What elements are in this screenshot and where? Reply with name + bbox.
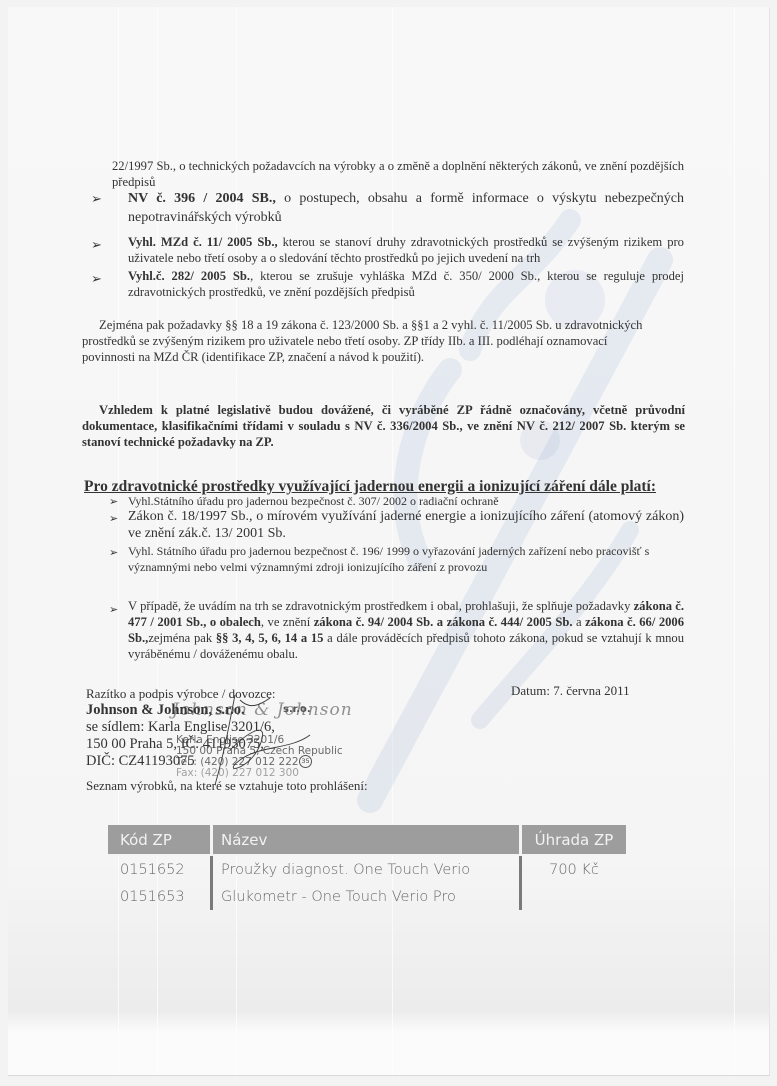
table-header-row: Kód ZP Název Úhrada ZP [108, 825, 626, 855]
product-code: 0151653 [108, 883, 212, 910]
declaration-date: Datum: 7. června 2011 [511, 683, 630, 699]
requirements-paragraph: Zejména pak požadavky §§ 18 a 19 zákona … [82, 317, 662, 365]
packaging-ref: §§ 3, 4, 5, 6, 14 a 15 [216, 631, 324, 645]
nuclear-item: Zákon č. 18/1997 Sb., o mírovém využíván… [128, 508, 684, 542]
column-header-name: Název [212, 825, 521, 855]
packaging-declaration: V případě, že uvádím na trh se zdravotni… [128, 598, 684, 662]
regulation-item: Vyhl. MZd č. 11/ 2005 Sb., kterou se sta… [128, 234, 684, 266]
column-header-reimbursement: Úhrada ZP [521, 825, 627, 855]
column-header-code: Kód ZP [108, 825, 212, 855]
product-reimbursement [521, 883, 627, 910]
product-reimbursement: 700 Kč [521, 855, 627, 883]
regulation-ref: Vyhl. MZd č. 11/ 2005 Sb., [128, 235, 278, 249]
bullet-icon: ➢ [91, 192, 102, 207]
packaging-text: zejména pak [148, 631, 216, 645]
table-row: 0151653 Glukometr - One Touch Verio Pro [108, 883, 626, 910]
document-body: 22/1997 Sb., o technických požadavcích n… [0, 0, 777, 1086]
bullet-icon: ➢ [109, 495, 118, 508]
packaging-text: V případě, že uvádím na trh se zdravotni… [128, 599, 634, 613]
bullet-icon: ➢ [91, 238, 102, 253]
regulation-item: Vyhl.č. 282/ 2005 Sb., kterou se zrušuje… [128, 268, 684, 300]
bullet-icon: ➢ [109, 512, 118, 525]
products-table: Kód ZP Název Úhrada ZP 0151652 Proužky d… [108, 825, 626, 910]
regulation-ref: NV č. 396 / 2004 SB., [128, 191, 276, 206]
product-name: Glukometr - One Touch Verio Pro [212, 883, 521, 910]
packaging-ref: zákona č. 94/ 2004 Sb. a zákona č. 444/ … [314, 615, 573, 629]
nuclear-item: Vyhl.Státního úřadu pro jadernou bezpečn… [128, 493, 684, 509]
product-code: 0151652 [108, 855, 212, 883]
packaging-text: , ve znění [261, 615, 314, 629]
product-name: Proužky diagnost. One Touch Verio [212, 855, 521, 883]
intro-continuation: 22/1997 Sb., o technických požadavcích n… [112, 158, 684, 190]
bullet-icon: ➢ [109, 546, 118, 559]
legislation-paragraph: Vzhledem k platné legislativě budou dová… [82, 402, 685, 450]
bullet-icon: ➢ [91, 272, 102, 287]
regulation-item: NV č. 396 / 2004 SB., o postupech, obsah… [128, 189, 684, 227]
packaging-text: a [572, 615, 585, 629]
bullet-icon: ➢ [109, 603, 118, 616]
nuclear-item: Vyhl. Státního úřadu pro jadernou bezpeč… [128, 543, 688, 575]
products-intro: Seznam výrobků, na které se vztahuje tot… [86, 778, 368, 794]
handwritten-signature [200, 690, 320, 790]
table-row: 0151652 Proužky diagnost. One Touch Veri… [108, 855, 626, 883]
regulation-ref: Vyhl.č. 282/ 2005 Sb. [128, 269, 250, 283]
